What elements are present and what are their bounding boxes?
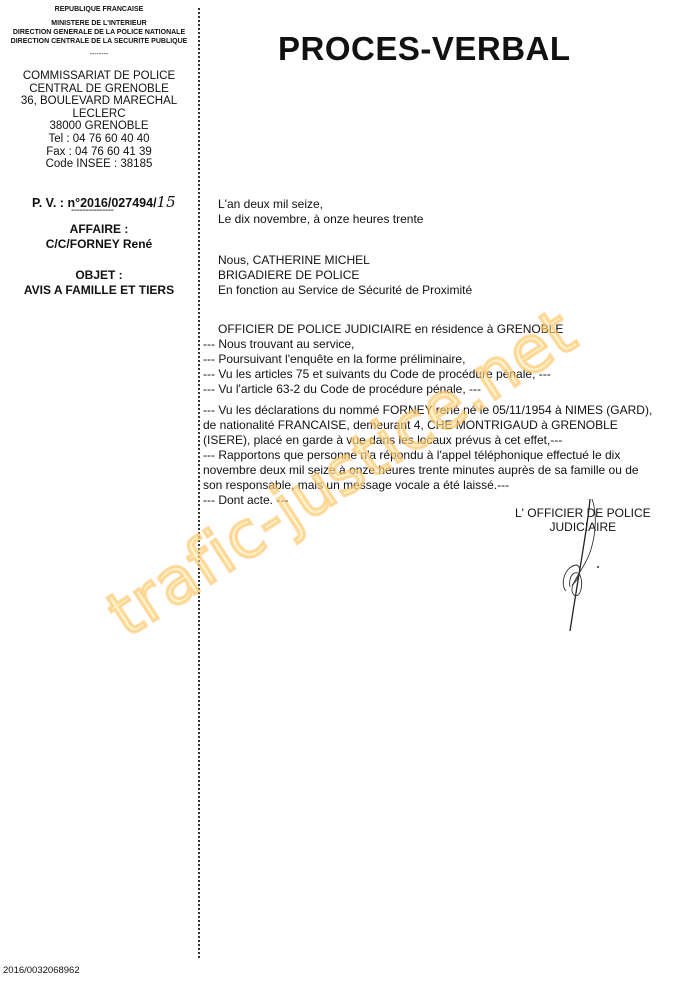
office-phone: Tel : 04 76 60 40 40 <box>0 133 198 146</box>
pv-handwritten-suffix: 15 <box>157 193 176 211</box>
office-fax: Fax : 04 76 60 41 39 <box>0 146 198 159</box>
procedure-line: --- Vu les articles 75 et suivants du Co… <box>203 367 563 382</box>
procedure-line: OFFICIER DE POLICE JUDICIAIRE en résiden… <box>203 322 563 337</box>
office-line: 36, BOULEVARD MARECHAL <box>0 95 198 108</box>
office-line: 38000 GRENOBLE <box>0 120 198 133</box>
header-separator: -------- <box>0 51 198 58</box>
objet-label: OBJET : <box>0 268 198 283</box>
handwritten-signature-icon <box>540 495 630 635</box>
office-line: CENTRAL DE GRENOBLE <box>0 83 198 96</box>
affaire-label: AFFAIRE : <box>0 222 198 237</box>
officer-name: Nous, CATHERINE MICHEL <box>218 253 472 268</box>
procedure-line: --- Poursuivant l'enquête en la forme pr… <box>203 352 563 367</box>
declaration-line: --- Rapportons que personne n'a répondu … <box>203 448 652 463</box>
document-title: PROCES-VERBAL <box>278 30 571 68</box>
objet-block: OBJET : AVIS A FAMILLE ET TIERS <box>0 268 198 298</box>
procedure-line: --- Nous trouvant au service, <box>203 337 563 352</box>
declaration-line: son responsable, mais un message vocale … <box>203 478 652 493</box>
declaration-line: novembre deux mil seize à onze heures tr… <box>203 463 652 478</box>
affaire-value: C/C/FORNEY René <box>0 237 198 252</box>
ministry-line: MINISTERE DE L'INTERIEUR <box>0 19 198 28</box>
declaration-line: de nationalité FRANCAISE, demeurant 4, C… <box>203 418 652 433</box>
office-line: LECLERC <box>0 108 198 121</box>
date-line: Le dix novembre, à onze heures trente <box>218 212 423 227</box>
footer-reference: 2016/0032068962 <box>3 965 80 976</box>
proces-verbal-page: REPUBLIQUE FRANCAISE MINISTERE DE L'INTE… <box>0 0 696 987</box>
date-block: L'an deux mil seize, Le dix novembre, à … <box>218 197 423 227</box>
procedure-line: --- Vu l'article 63-2 du Code de procédu… <box>203 382 563 397</box>
republique-header: REPUBLIQUE FRANCAISE <box>0 5 198 14</box>
office-line: COMMISSARIAT DE POLICE <box>0 70 198 83</box>
column-divider <box>198 8 200 958</box>
declaration-line: --- Vu les déclarations du nommé FORNEY … <box>203 403 652 418</box>
declaration-block: --- Vu les déclarations du nommé FORNEY … <box>203 403 652 508</box>
date-line: L'an deux mil seize, <box>218 197 423 212</box>
pv-separator: --------------- <box>71 205 113 216</box>
procedure-block: OFFICIER DE POLICE JUDICIAIRE en résiden… <box>203 322 563 397</box>
objet-value: AVIS A FAMILLE ET TIERS <box>0 283 198 298</box>
office-insee: Code INSEE : 38185 <box>0 158 198 171</box>
officer-block: Nous, CATHERINE MICHEL BRIGADIERE DE POL… <box>218 253 472 298</box>
ministry-line: DIRECTION CENTRALE DE LA SECURITE PUBLIQ… <box>0 37 198 46</box>
declaration-line: (ISERE), placé en garde à vue dans les l… <box>203 433 652 448</box>
officer-rank: BRIGADIERE DE POLICE <box>218 268 472 283</box>
affaire-block: AFFAIRE : C/C/FORNEY René <box>0 222 198 252</box>
ministry-line: DIRECTION GENERALE DE LA POLICE NATIONAL… <box>0 28 198 37</box>
office-address: COMMISSARIAT DE POLICE CENTRAL DE GRENOB… <box>0 70 198 171</box>
ministry-header: MINISTERE DE L'INTERIEUR DIRECTION GENER… <box>0 19 198 46</box>
officer-service: En fonction au Service de Sécurité de Pr… <box>218 283 472 298</box>
